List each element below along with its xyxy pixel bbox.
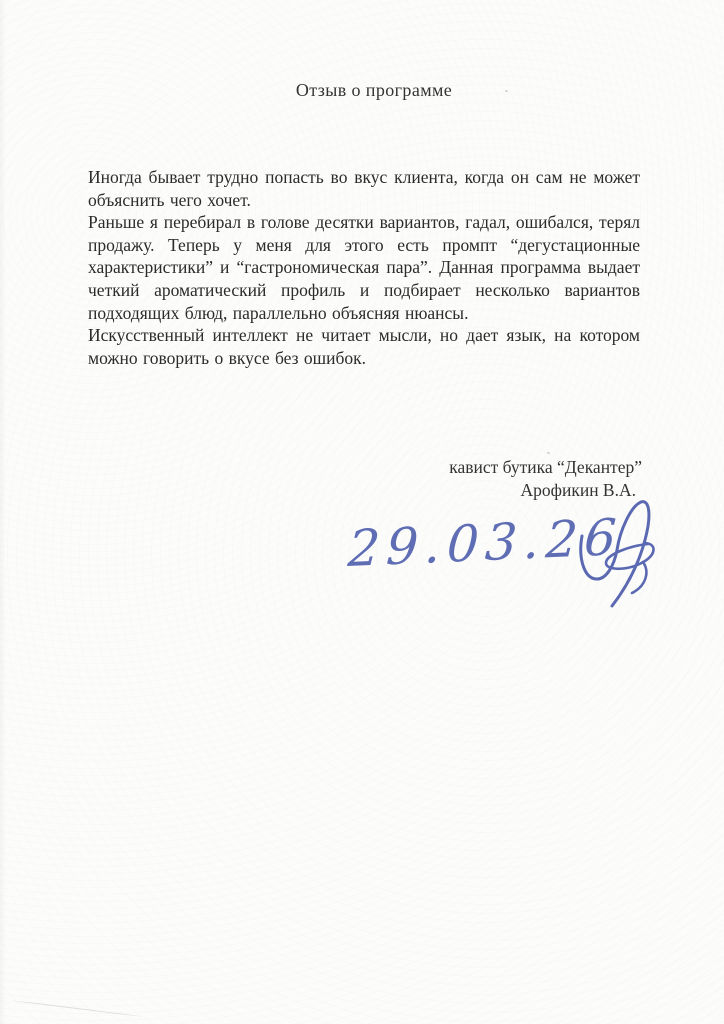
scan-edge-artifact xyxy=(12,1000,141,1017)
paragraph-1: Иногда бывает трудно попасть во вкус кли… xyxy=(88,166,640,211)
handwritten-signature-icon xyxy=(576,498,674,616)
signature-block: кавист бутика “Декантер” Арофикин В.А. xyxy=(449,456,642,501)
document-title: Отзыв о программе xyxy=(12,80,724,101)
scan-speck xyxy=(547,452,550,454)
scanned-document-page: Отзыв о программе Иногда бывает трудно п… xyxy=(0,0,724,1024)
handwritten-area: 29.03.26 xyxy=(348,500,678,620)
paragraph-2: Раньше я перебирал в голове десятки вари… xyxy=(88,211,640,324)
document-body: Иногда бывает трудно попасть во вкус кли… xyxy=(88,166,640,369)
scan-speck xyxy=(505,90,508,92)
signer-role: кавист бутика “Декантер” xyxy=(449,456,642,479)
paragraph-3: Искусственный интеллект не читает мысли,… xyxy=(88,324,640,369)
